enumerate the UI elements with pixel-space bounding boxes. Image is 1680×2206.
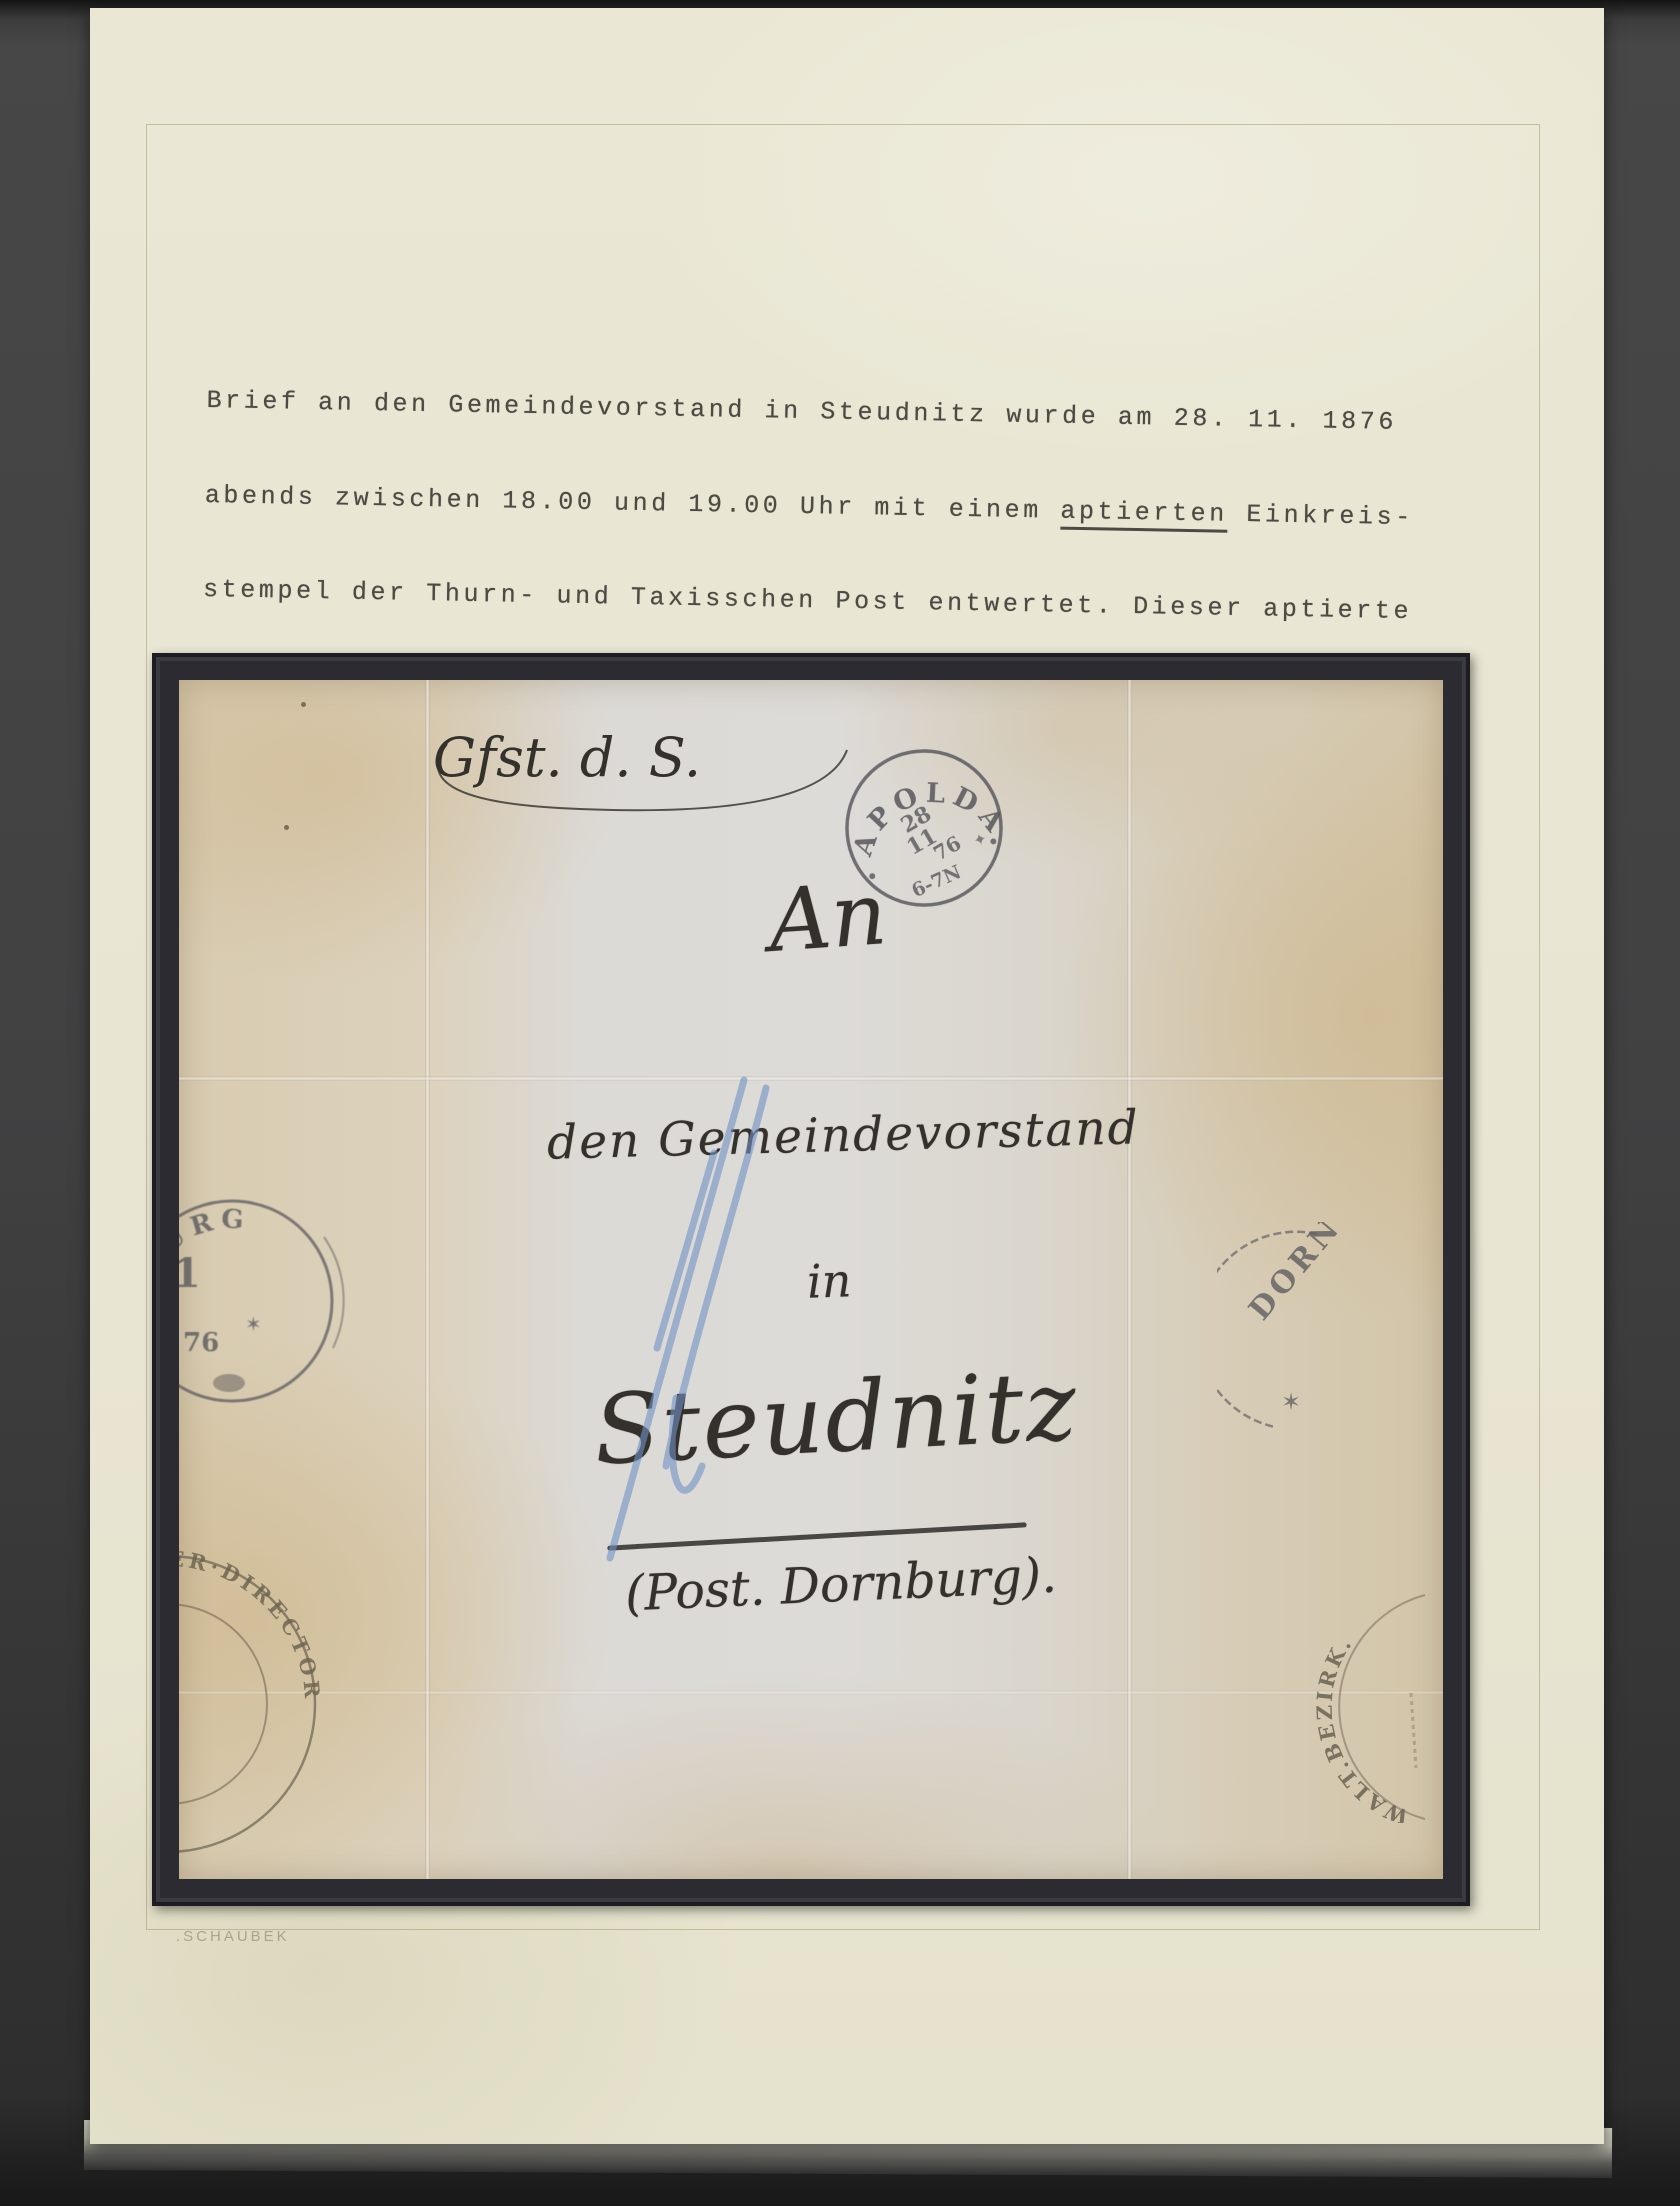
endorsement-text: Gfst. d. S. bbox=[433, 726, 701, 789]
screenshot-root: { "page": { "watermark": ".SCHAUBEK", "d… bbox=[0, 0, 1680, 2206]
typed-line: Brief an den Gemeindevorstand in Steudni… bbox=[206, 385, 1496, 440]
typed-text-underlined: aptierten bbox=[1060, 496, 1228, 532]
dornburg-arrival-stamp: BURG 1 76 ✶ bbox=[179, 1183, 347, 1413]
typed-text: stempel der Thurn- und Taxisschen Post e… bbox=[203, 575, 1413, 626]
address-salutation: An bbox=[766, 864, 890, 972]
stamp-inner-circle bbox=[179, 1604, 267, 1804]
verwalt-arc-text: WALT.BEZIRK. bbox=[1311, 1630, 1412, 1823]
crayon-stroke bbox=[672, 1398, 702, 1490]
svg-text:WALT.BEZIRK.: WALT.BEZIRK. bbox=[1311, 1630, 1412, 1823]
endorsement-handwriting: Gfst. d. S. bbox=[419, 692, 869, 842]
apolda-time: 6-7N bbox=[908, 861, 964, 902]
stamp-arc bbox=[1339, 1595, 1425, 1819]
star-icon: ✶ bbox=[245, 1314, 262, 1336]
ink-speck bbox=[301, 702, 306, 707]
dornburg-partial-stamp: DORN ✶ bbox=[1217, 1222, 1417, 1442]
typed-line: abends zwischen 18.00 und 19.00 Uhr mit … bbox=[205, 479, 1495, 534]
album-page: Brief an den Gemeindevorstand in Steudni… bbox=[90, 8, 1604, 2144]
dornburg-numeral: 1 bbox=[179, 1250, 201, 1297]
typed-text: abends zwischen 18.00 und 19.00 Uhr mit … bbox=[205, 480, 1061, 525]
star-icon: ✶ bbox=[1281, 1389, 1301, 1416]
dorn-arc-text: DORN bbox=[1242, 1222, 1349, 1327]
letter-mount-frame: Gfst. d. S. APOLDA 28 11 76 6-7N ✦ bbox=[152, 653, 1470, 1906]
stamp-faint-mark bbox=[1411, 1693, 1416, 1768]
stamp-circle bbox=[179, 1556, 315, 1852]
verwaltungsbezirk-stamp: WALT.BEZIRK. bbox=[1219, 1573, 1443, 1823]
ink-speck bbox=[284, 825, 289, 830]
ink-smudge bbox=[213, 1374, 245, 1392]
typed-line: stempel der Thurn- und Taxisschen Post e… bbox=[203, 574, 1493, 629]
blue-crayon-mark bbox=[414, 1058, 844, 1598]
director-arc-text: S·DER·DIRECTOR bbox=[179, 1546, 325, 1703]
fold-line-vertical bbox=[1127, 680, 1132, 1879]
dornburg-year: 76 bbox=[183, 1328, 219, 1358]
svg-text:S·DER·DIRECTOR: S·DER·DIRECTOR bbox=[179, 1546, 325, 1703]
letter-scan: Gfst. d. S. APOLDA 28 11 76 6-7N ✦ bbox=[179, 680, 1443, 1879]
director-seal-stamp: S·DER·DIRECTOR bbox=[179, 1532, 337, 1862]
typed-text: Brief an den Gemeindevorstand in Steudni… bbox=[206, 386, 1397, 437]
album-brand-watermark: .SCHAUBEK bbox=[176, 1928, 290, 1945]
typed-text: Einkreis- bbox=[1228, 499, 1415, 531]
